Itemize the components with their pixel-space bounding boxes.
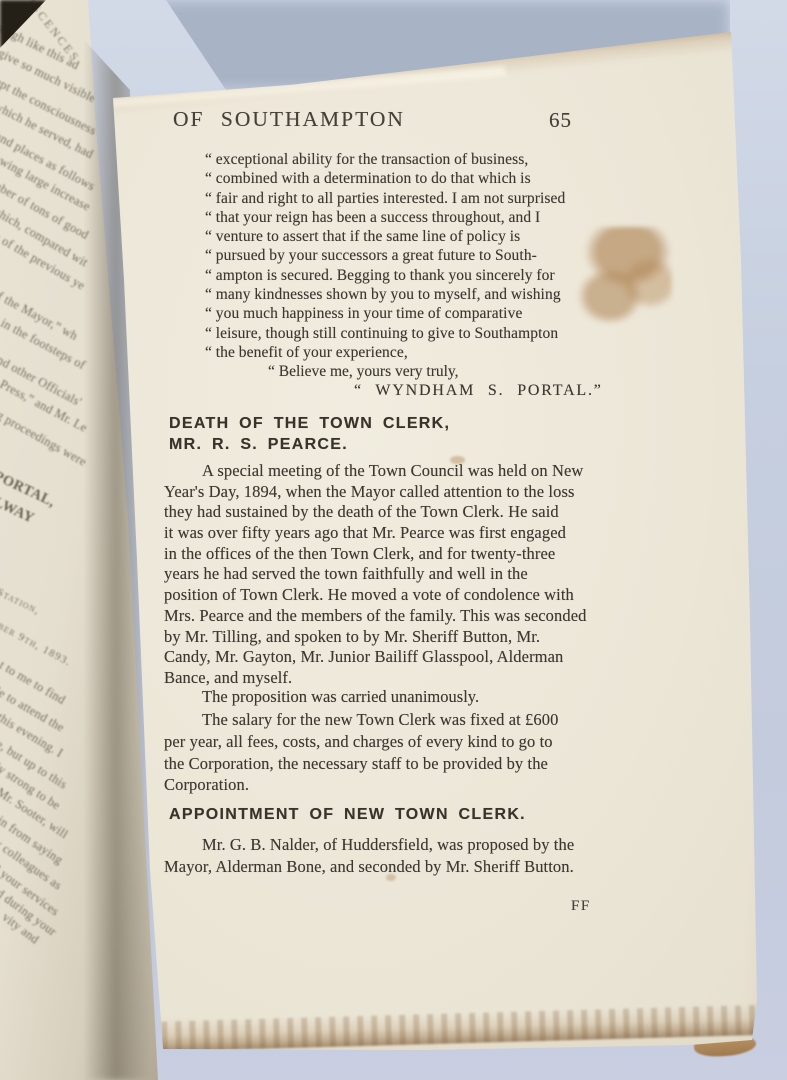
text-line: “ many kindnesses shown by you to myself… <box>205 286 607 305</box>
page-number: 65 <box>549 108 572 133</box>
text-line: per year, all fees, costs, and charges o… <box>164 732 614 754</box>
paragraph-salary: The salary for the new Town Clerk was fi… <box>164 710 614 797</box>
text-line: position of Town Clerk. He moved a vote … <box>164 585 614 606</box>
text-line: Mrs. Pearce and the members of the famil… <box>164 606 614 627</box>
paragraph-nalder: Mr. G. B. Nalder, of Huddersfield, was p… <box>164 835 614 878</box>
text-line: “ pursued by your successors a great fut… <box>205 247 607 266</box>
letter-signature: “ WYNDHAM S. PORTAL.” <box>354 382 603 400</box>
section-heading-death-of-town-clerk: DEATH OF THE TOWN CLERK, <box>169 415 450 433</box>
text-line: by Mr. Tilling, and spoken to by Mr. She… <box>164 627 614 648</box>
text-line: “ venture to assert that if the same lin… <box>205 228 607 247</box>
text-line: “ leisure, though still continuing to gi… <box>205 325 607 344</box>
text-line: Year's Day, 1894, when the Mayor called … <box>164 482 614 503</box>
text-line: “ you much happiness in your time of com… <box>205 305 607 324</box>
text-line: A special meeting of the Town Council wa… <box>164 461 614 482</box>
paragraph-proposition: The proposition was carried unanimously. <box>164 687 614 707</box>
text-line: Corporation. <box>164 775 614 797</box>
page-content: OF SOUTHAMPTON 65 “ exceptional ability … <box>0 0 787 1080</box>
foxing-speck <box>450 456 465 464</box>
text-line: Mr. G. B. Nalder, of Huddersfield, was p… <box>164 835 614 857</box>
text-line: Candy, Mr. Gayton, Mr. Junior Bailiff Gl… <box>164 647 614 668</box>
text-line: it was over fifty years ago that Mr. Pea… <box>164 523 614 544</box>
text-line: “ the benefit of your experience, <box>205 344 607 363</box>
text-line: “ exceptional ability for the transactio… <box>205 151 607 170</box>
text-line: years he had served the town faithfully … <box>164 564 614 585</box>
section-heading-mr-pearce: MR. R. S. PEARCE. <box>169 436 348 454</box>
text-line: in the offices of the then Town Clerk, a… <box>164 544 614 565</box>
text-line: “ fair and right to all parties interest… <box>205 190 607 209</box>
foxing-speck <box>386 874 396 881</box>
paragraph-special-meeting: A special meeting of the Town Council wa… <box>164 461 614 689</box>
book-photograph: ISCENCES rough like this ad give so much… <box>0 0 787 1080</box>
printers-signature-mark: FF <box>571 898 591 915</box>
stain <box>572 227 672 323</box>
running-title: OF SOUTHAMPTON <box>173 107 405 132</box>
text-line: “ ampton is secured. Begging to thank yo… <box>205 267 607 286</box>
letter-valediction: “ Believe me, yours very truly, <box>268 363 459 381</box>
text-line: “ that your reign has been a success thr… <box>205 209 607 228</box>
text-line: “ combined with a determination to do th… <box>205 170 607 189</box>
text-line: they had sustained by the death of the T… <box>164 502 614 523</box>
text-line: Bance, and myself. <box>164 668 614 689</box>
section-heading-appointment: APPOINTMENT OF NEW TOWN CLERK. <box>169 806 526 824</box>
text-line: the Corporation, the necessary staff to … <box>164 754 614 776</box>
text-line: The salary for the new Town Clerk was fi… <box>164 710 614 732</box>
letter-excerpt: “ exceptional ability for the transactio… <box>205 151 607 363</box>
